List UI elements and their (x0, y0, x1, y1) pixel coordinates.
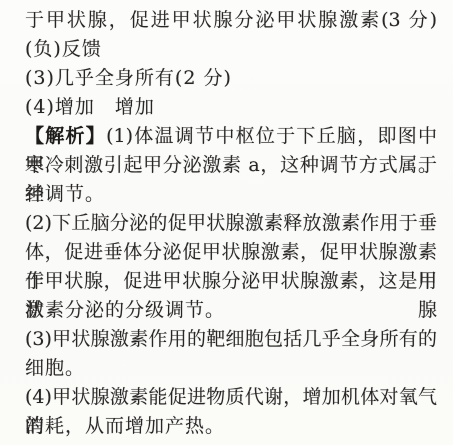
text-line: 【解析】(1)体温调节中枢位于下丘脑，即图中甲。 (25, 122, 437, 151)
text-line: (2)下丘脑分泌的促甲状腺激素释放激素作用于垂 (25, 209, 437, 238)
text-line: 寒冷刺激引起甲分泌激素 a，这种调节方式属于神 (25, 151, 437, 180)
text-line: 经调节。 (25, 180, 437, 209)
text-line: 于甲状腺，促进甲状腺分泌甲状腺激素(3 分) (25, 6, 437, 35)
text-line: 体，促进垂体分泌促甲状腺激素，促甲状腺激素作用 (25, 238, 437, 267)
text-line: 于甲状腺，促进甲状腺分泌甲状腺激素，这是甲状腺 (25, 267, 437, 296)
scanned-answer-document: 于甲状腺，促进甲状腺分泌甲状腺激素(3 分) (负)反馈 (3)几乎全身所有(2… (0, 0, 453, 445)
text-line: (3)几乎全身所有(2 分) (25, 64, 437, 93)
text-line: (3)甲状腺激素作用的靶细胞包括几乎全身所有的 (25, 325, 437, 354)
text-line: (负)反馈 (25, 35, 437, 64)
analysis-section: 【解析】(1)体温调节中枢位于下丘脑，即图中甲。 寒冷刺激引起甲分泌激素 a，这… (25, 122, 437, 441)
text-line: (4)增加 增加 (25, 93, 437, 122)
text-line: 消耗，从而增加产热。 (25, 412, 437, 441)
text-line: (4)甲状腺激素能促进物质代谢，增加机体对氧气的 (25, 383, 437, 412)
text-line: 细胞。 (25, 354, 437, 383)
analysis-label: 【解析】 (25, 125, 106, 147)
answer-section: 于甲状腺，促进甲状腺分泌甲状腺激素(3 分) (负)反馈 (3)几乎全身所有(2… (25, 6, 437, 122)
